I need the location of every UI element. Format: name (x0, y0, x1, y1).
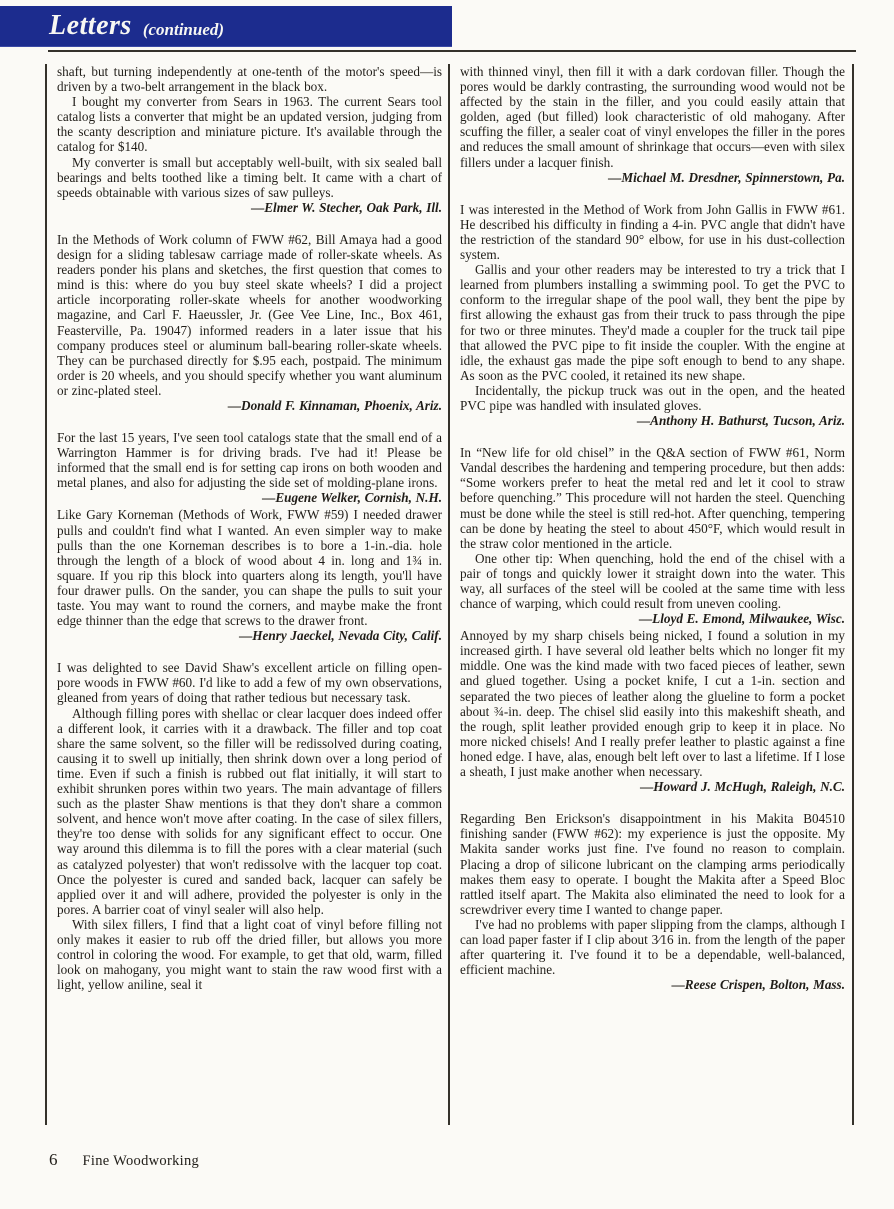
letters-left-column: shaft, but turning independently at one-… (57, 64, 442, 1009)
letter-paragraph: Regarding Ben Erickson's disappointment … (460, 811, 845, 917)
letter-signature-line: —Elmer W. Stecher, Oak Park, Ill. (57, 200, 442, 215)
letter: Regarding Ben Erickson's disappointment … (460, 811, 845, 992)
letter-paragraph: Gallis and your other readers may be int… (460, 262, 845, 383)
letter-signature: —Lloyd E. Emond, Milwaukee, Wisc. (624, 611, 845, 626)
letter: Like Gary Korneman (Methods of Work, FWW… (57, 507, 442, 643)
letter-signature-line: —Henry Jaeckel, Nevada City, Calif. (57, 628, 442, 643)
letter: I was delighted to see David Shaw's exce… (57, 660, 442, 992)
letter-paragraph: Incidentally, the pickup truck was out i… (460, 383, 845, 413)
section-continued-label: (continued) (143, 15, 224, 38)
right-margin-rule (852, 64, 854, 1125)
letter-signature: —Donald F. Kinnaman, Phoenix, Ariz. (228, 398, 442, 413)
letter-paragraph: With silex fillers, I find that a light … (57, 917, 442, 992)
letter-paragraph: My converter is small but acceptably wel… (57, 155, 442, 200)
letter-paragraph: I was delighted to see David Shaw's exce… (57, 660, 442, 705)
letter-signature: —Anthony H. Bathurst, Tucson, Ariz. (637, 413, 845, 428)
letter-signature-line: —Reese Crispen, Bolton, Mass. (460, 977, 845, 992)
letter: In “New life for old chisel” in the Q&A … (460, 445, 845, 611)
letter: For the last 15 years, I've seen tool ca… (57, 430, 442, 490)
page-header-bar: Letters (continued) (0, 6, 452, 47)
letter-signature-line: —Anthony H. Bathurst, Tucson, Ariz. (460, 413, 845, 428)
letter: with thinned vinyl, then fill it with a … (460, 64, 845, 185)
magazine-name: Fine Woodworking (83, 1153, 200, 1170)
letter: Annoyed by my sharp chisels being nicked… (460, 628, 845, 794)
left-margin-rule (45, 64, 47, 1125)
letter-signature-line: —Howard J. McHugh, Raleigh, N.C. (460, 779, 845, 794)
letter-paragraph: In the Methods of Work column of FWW #62… (57, 232, 442, 398)
letter-paragraph: Like Gary Korneman (Methods of Work, FWW… (57, 507, 442, 628)
column-divider-rule (448, 64, 450, 1125)
letter-paragraph: I've had no problems with paper slipping… (460, 917, 845, 977)
letter-signature-line: —Michael M. Dresdner, Spinnerstown, Pa. (460, 170, 845, 185)
letter: In the Methods of Work column of FWW #62… (57, 232, 442, 413)
letter-signature: —Howard J. McHugh, Raleigh, N.C. (640, 779, 845, 794)
letter-paragraph: In “New life for old chisel” in the Q&A … (460, 445, 845, 551)
letter-signature: —Eugene Welker, Cornish, N.H. (262, 490, 442, 505)
letters-right-column: with thinned vinyl, then fill it with a … (460, 64, 845, 1009)
letter-paragraph: I bought my converter from Sears in 1963… (57, 94, 442, 154)
letter-signature: —Reese Crispen, Bolton, Mass. (672, 977, 845, 992)
letter-paragraph: Annoyed by my sharp chisels being nicked… (460, 628, 845, 779)
letter: shaft, but turning independently at one-… (57, 64, 442, 215)
header-horizontal-rule (48, 50, 856, 52)
letter-paragraph: For the last 15 years, I've seen tool ca… (57, 430, 442, 490)
page-number: 6 (49, 1150, 58, 1170)
letter-signature-line: —Donald F. Kinnaman, Phoenix, Ariz. (57, 398, 442, 413)
letter-signature: —Henry Jaeckel, Nevada City, Calif. (239, 628, 442, 643)
letter-signature: —Michael M. Dresdner, Spinnerstown, Pa. (608, 170, 845, 185)
letter-paragraph: Although filling pores with shellac or c… (57, 706, 442, 917)
letter-paragraph: shaft, but turning independently at one-… (57, 64, 442, 94)
letter-paragraph: I was interested in the Method of Work f… (460, 202, 845, 262)
section-title: Letters (49, 12, 132, 40)
letter-paragraph: with thinned vinyl, then fill it with a … (460, 64, 845, 170)
letter: I was interested in the Method of Work f… (460, 202, 845, 428)
letter-signature: —Elmer W. Stecher, Oak Park, Ill. (251, 200, 442, 215)
page-footer: 6 Fine Woodworking (49, 1150, 199, 1170)
letter-paragraph: One other tip: When quenching, hold the … (460, 551, 845, 611)
